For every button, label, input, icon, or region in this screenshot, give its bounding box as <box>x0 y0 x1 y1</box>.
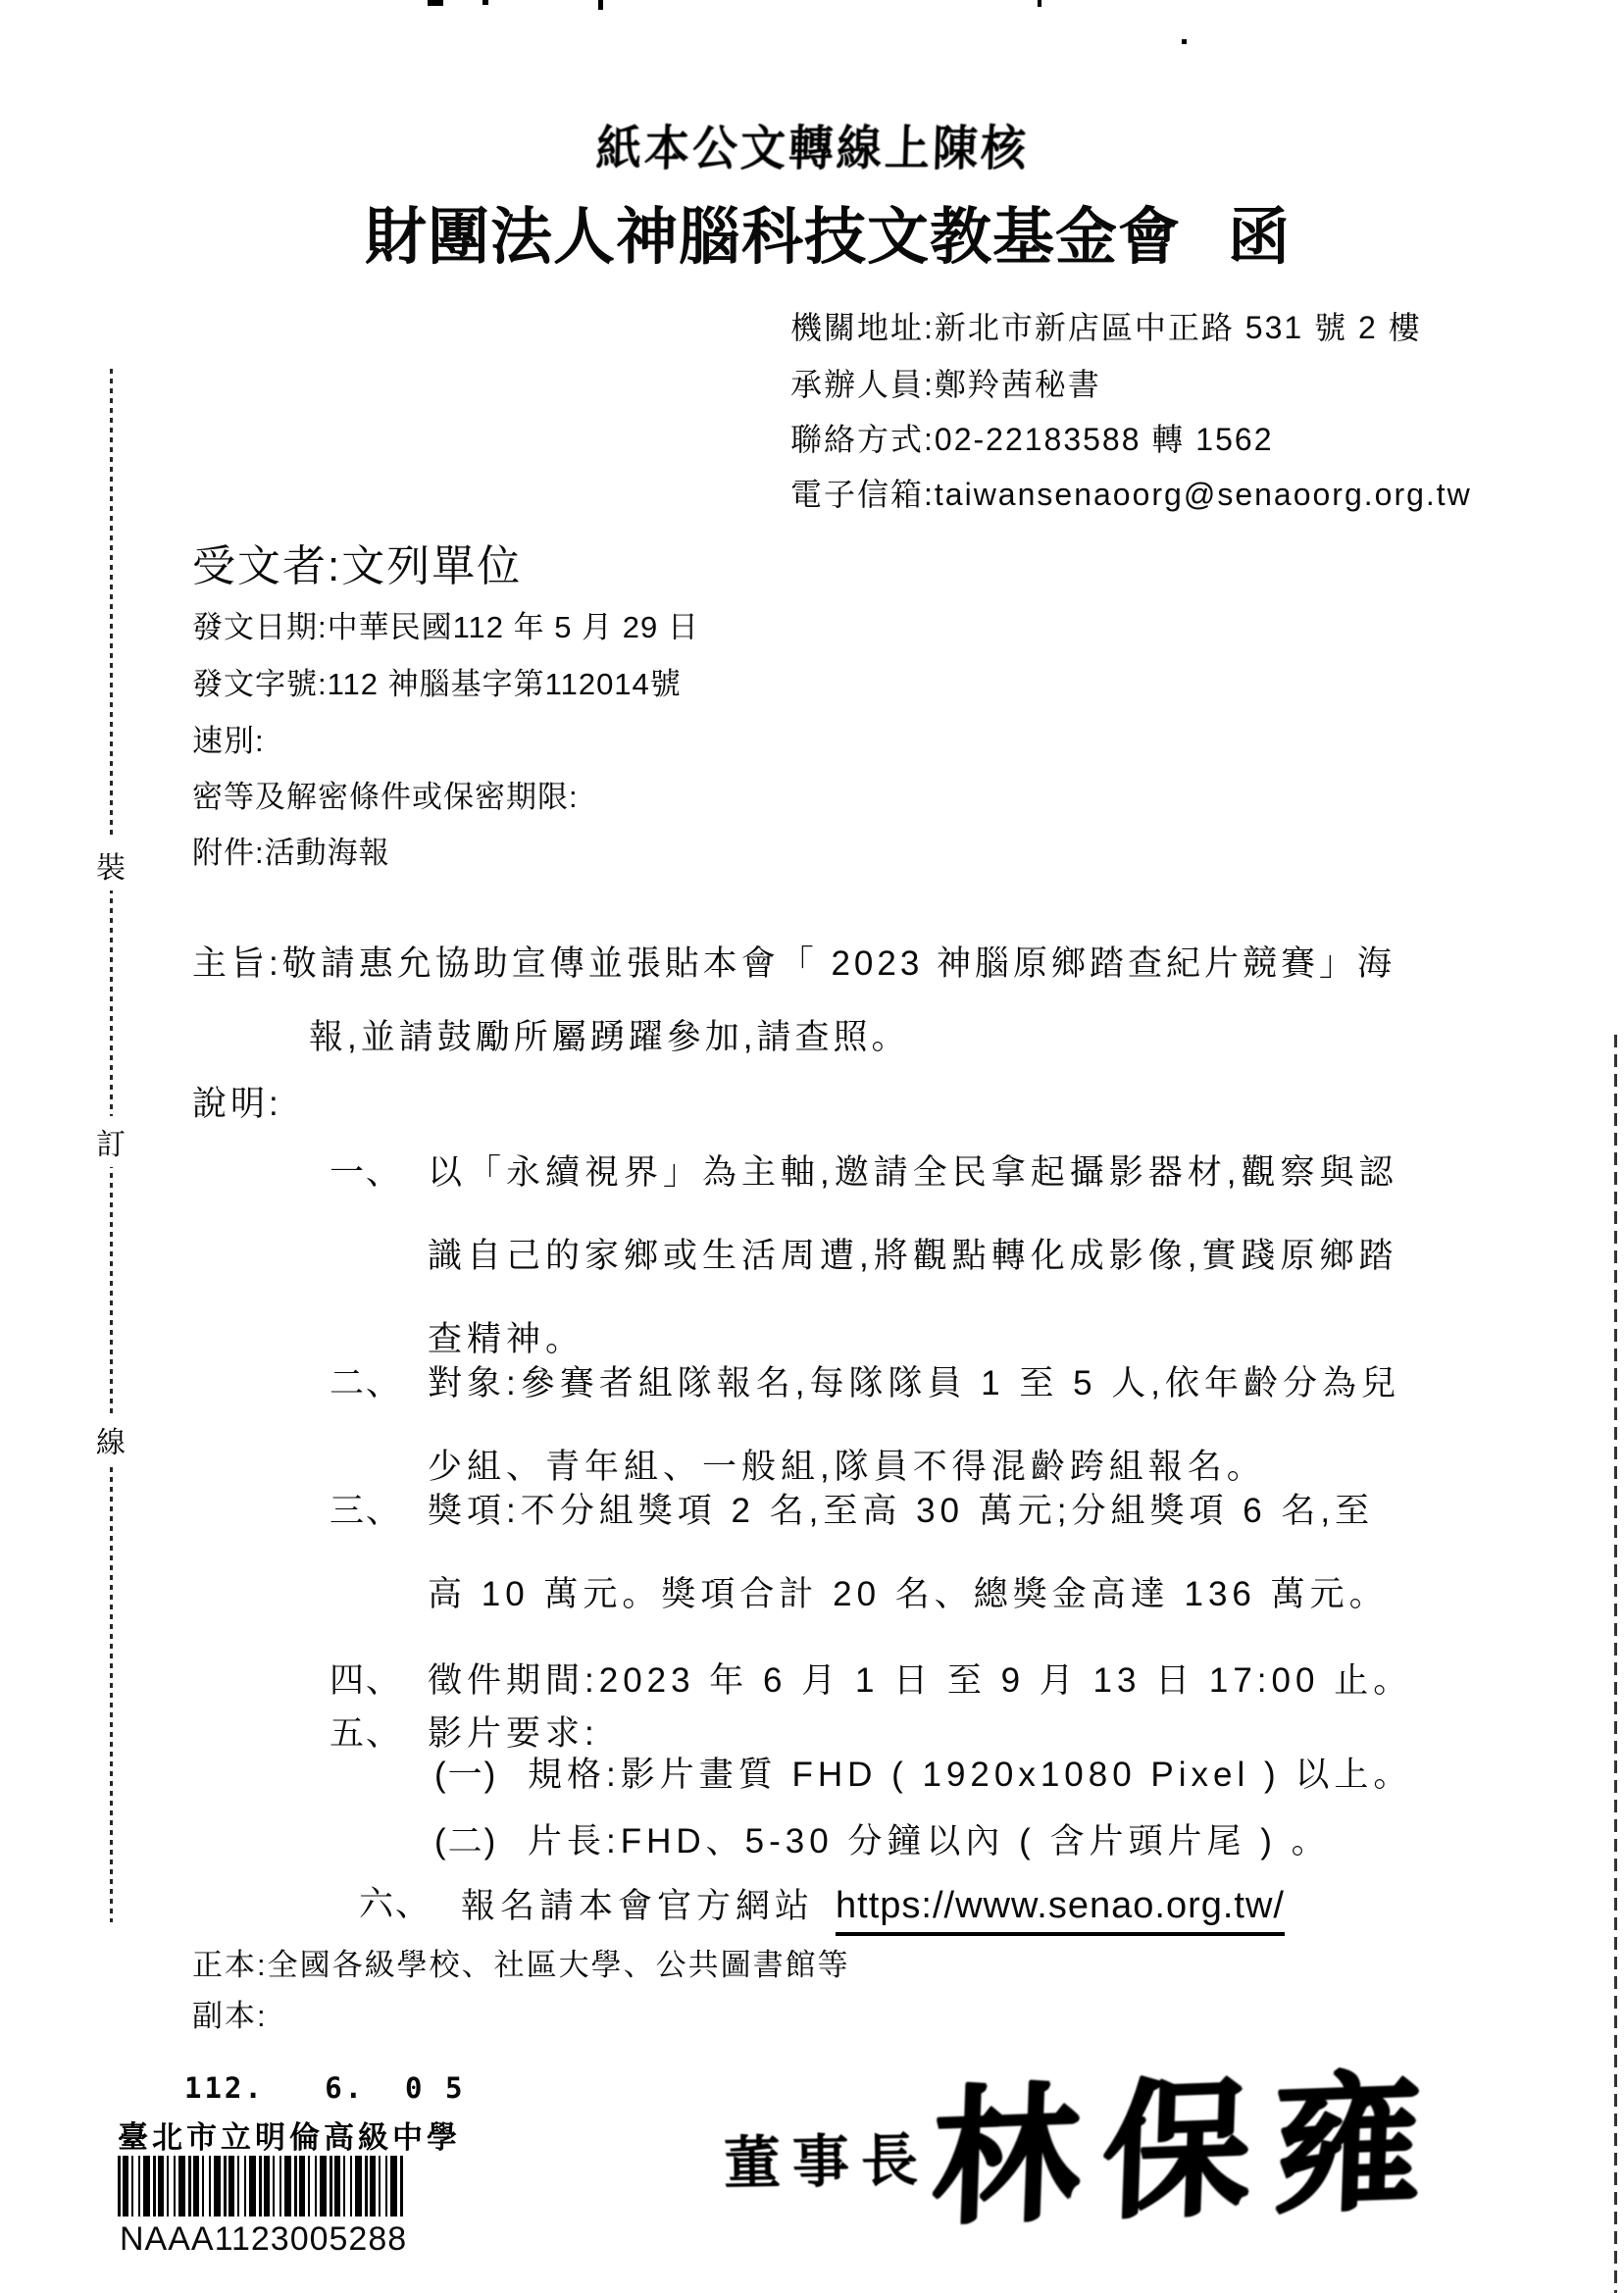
item-2-number: 二、 <box>330 1364 402 1403</box>
item-6-text: 報名請本會官方網站 <box>461 1887 814 1926</box>
item-6-row: 報名請本會官方網站 https://www.senao.org.tw/ <box>461 1885 1285 1936</box>
item-4-number: 四、 <box>330 1661 402 1701</box>
doc-type-letter: 函 <box>1228 202 1291 273</box>
contact-email: 電子信箱:taiwansenaoorg@senaoorg.org.tw <box>790 477 1472 513</box>
scan-speck <box>428 0 443 6</box>
item-1-line-2: 識自己的家鄉或生活周遭,將觀點轉化成影像,實踐原鄉踏 <box>428 1237 1397 1276</box>
item-1-number: 一、 <box>330 1153 402 1193</box>
receipt-date-stamp: 112. 6. 0 5 <box>184 2072 465 2105</box>
paper-to-online-note: 紙本公文轉線上陳核 <box>595 122 1030 177</box>
binding-mark-zhuang: 裝 <box>92 840 129 891</box>
scan-speck <box>1182 39 1187 44</box>
chairman-signature: 林保雍 <box>929 2059 1446 2246</box>
cc-copy-line: 副本: <box>192 1999 268 2034</box>
item-5-line-1: 影片要求: <box>428 1714 599 1754</box>
agency-address: 機關地址:新北市新店區中正路 531 號 2 樓 <box>790 310 1422 346</box>
binding-mark-xian: 線 <box>92 1414 129 1465</box>
scanned-official-letter: 裝 訂 線 紙本公文轉線上陳核 財團法人神腦科技文教基金會函 機關地址:新北市新… <box>0 0 1624 2293</box>
scan-speck <box>1038 0 1041 7</box>
subitem-2-number: (二) <box>434 1822 497 1861</box>
original-copy-line: 正本:全國各級學校、社區大學、公共圖書館等 <box>192 1948 850 1983</box>
scan-edge-artifact <box>1614 1035 1617 2293</box>
subitem-1-number: (一) <box>434 1756 497 1795</box>
binding-mark-ding: 訂 <box>92 1116 129 1167</box>
item-6-number: 六、 <box>359 1885 431 1924</box>
item-4-line-1: 徵件期間:2023 年 6 月 1 日 至 9 月 13 日 17:00 止。 <box>428 1661 1412 1701</box>
item-1-line-1: 以「永續視界」為主軸,邀請全民拿起攝影器材,觀察與認 <box>428 1153 1397 1193</box>
receipt-barcode <box>118 2156 404 2217</box>
title-gap <box>1181 202 1228 273</box>
scan-speck <box>598 0 603 10</box>
contact-officer: 承辦人員:鄭羚茜秘書 <box>790 367 1101 403</box>
issue-date-line: 發文日期:中華民國112 年 5 月 29 日 <box>192 610 699 645</box>
doc-number-line: 發文字號:112 神腦基字第112014號 <box>192 667 682 702</box>
explanation-heading: 說明: <box>192 1085 282 1124</box>
recipient-line: 受文者:文列單位 <box>192 542 522 592</box>
registration-url: https://www.senao.org.tw/ <box>836 1885 1285 1936</box>
item-3-line-1: 獎項:不分組獎項 2 名,至高 30 萬元;分組獎項 6 名,至 <box>428 1492 1374 1531</box>
subitem-2-line-1: 片長:FHD、5-30 分鐘以內 ( 含片頭片尾 ) 。 <box>528 1822 1331 1861</box>
item-5-number: 五、 <box>330 1714 402 1754</box>
contact-phone: 聯絡方式:02-22183588 轉 1562 <box>790 422 1274 458</box>
barcode-value: NAAA1123005288 <box>120 2220 407 2259</box>
attachment-line: 附件:活動海報 <box>192 836 390 871</box>
school-receipt-stamp: 臺北市立明倫高級中學 <box>118 2120 461 2156</box>
item-3-line-2: 高 10 萬元。獎項合計 20 名、總獎金高達 136 萬元。 <box>428 1575 1389 1614</box>
item-2-line-1: 對象:參賽者組隊報名,每隊隊員 1 至 5 人,依年齡分為兒 <box>428 1364 1400 1403</box>
item-3-number: 三、 <box>330 1492 402 1531</box>
chairman-title: 董事長 <box>723 2128 930 2197</box>
document-title: 財團法人神腦科技文教基金會函 <box>365 202 1291 273</box>
item-2-line-2: 少組、青年組、一般組,隊員不得混齡跨組報名。 <box>428 1448 1266 1487</box>
item-1-line-3: 查精神。 <box>428 1320 584 1359</box>
subject-line-2: 報,並請鼓勵所屬踴躍參加,請查照。 <box>309 1018 909 1057</box>
subject-line-1: 主旨:敬請惠允協助宣傳並張貼本會「 2023 神腦原鄉踏查紀片競賽」海 <box>192 944 1396 984</box>
foundation-name: 財團法人神腦科技文教基金會 <box>365 202 1181 273</box>
security-line: 密等及解密條件或保密期限: <box>192 780 579 815</box>
subitem-1-line-1: 規格:影片畫質 FHD ( 1920x1080 Pixel ) 以上。 <box>528 1756 1412 1795</box>
scan-speck <box>482 0 488 5</box>
priority-line: 速別: <box>192 724 265 759</box>
